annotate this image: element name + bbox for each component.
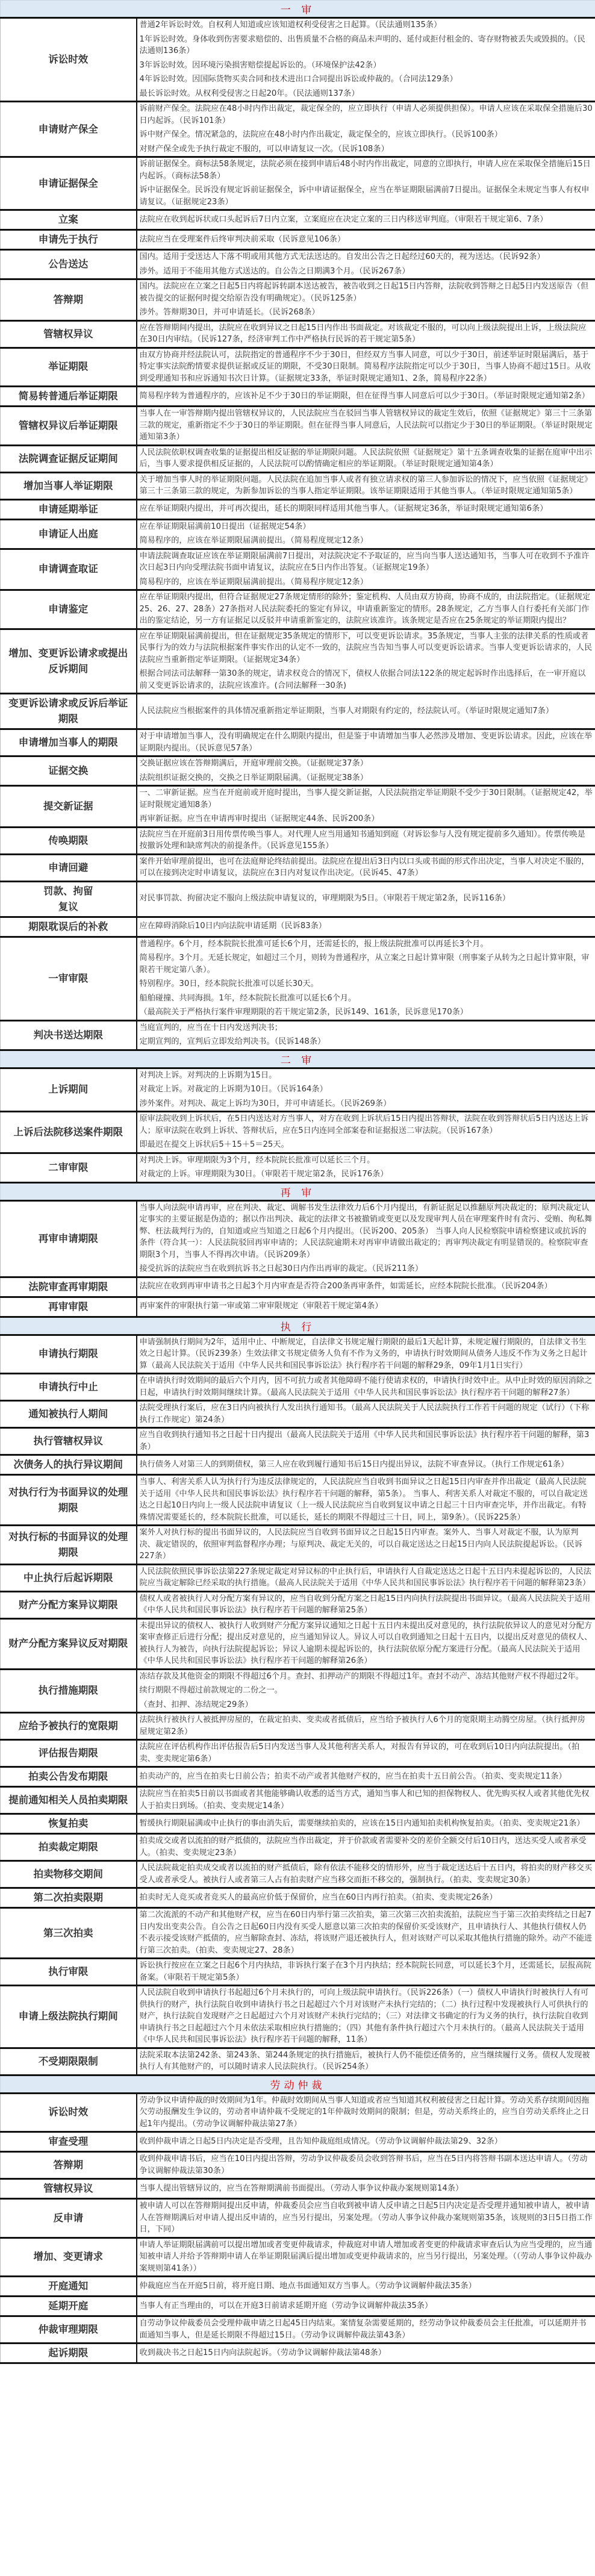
table-row: 提前通知相关人员拍卖期限法院应当在拍卖5日前以书面或者其他能够确认收悉的适当方式… <box>1 1787 595 1814</box>
rule-line: 法院采取本法第242条、第243条、第244条规定的执行措施后，被执行人仍不能偿… <box>140 2049 593 2074</box>
table-row: 申请执行中止在申请执行时效期间的最后六个月内，因不可抗力或者其他障碍不能行使请求… <box>1 1374 595 1401</box>
row-description: 原审法院收到上诉状后，在5日内送达对方当事人，对方在收到上诉状后15日内提出答辩… <box>137 1112 595 1153</box>
row-label: 申请证据保全 <box>1 157 137 210</box>
table-row: 简易转普通后举证期限简易程序转为普通程序的，应该补足不少于30日的举证期限，但在… <box>1 387 595 407</box>
rule-line: 应在举证期限内提出，并可再次提出，延长的期限同样适用其他当事人。（证据规定36条… <box>140 502 593 516</box>
table-row: 恢复拍卖暂缓执行期限届满或中止执行的事由消失后，需要继续拍卖的，应该在15日内通… <box>1 1814 595 1834</box>
row-label: 申请回避 <box>1 854 137 881</box>
rule-line: 应在举证期限届满前提出，但在证据规定35条规定的情形下，可以变更诉讼请求。35条… <box>140 630 593 667</box>
table-row: 法院调查证据反证期间人民法院依职权调查收集的证据提出相反证据的举证期限问题。人民… <box>1 445 595 472</box>
row-description: 对民事罚款、拘留决定不服向上级法院申请复议的，审理期限为5日。（审限若干规定第2… <box>137 881 595 917</box>
row-label: 增加当事人举证期限 <box>1 472 137 499</box>
rule-line: 应在障碍消除后10日内向法院申请延期（民诉83条） <box>140 920 593 934</box>
row-label: 申请执行中止 <box>1 1374 137 1401</box>
rule-line: 人民法院裁定拍卖成交或者以流拍的财产抵债后，除有依法不能移交的情形外，应当于裁定… <box>140 1862 593 1887</box>
table-row: 申请鉴定应在举证期限内提出，但符合证据规定27条规定情形的除外；鉴定机构、人员由… <box>1 590 595 629</box>
rule-line: 船舶碰撞、共同海损。1年，经本院院长批准可以延长6个月。 <box>140 992 593 1006</box>
row-label: 起诉期限 <box>1 2344 137 2363</box>
row-description: 国内。法院应在立案之日起5日内将起诉转副本送达被告，被告收到之日起15日内答辩，… <box>137 279 595 321</box>
rule-line: 普通2年诉讼时效。自权利人知道或应该知道权利受侵害之日起算。（民法通则135条） <box>140 19 593 33</box>
row-label: 管辖权异议后举证期限 <box>1 407 137 446</box>
row-description: 由双方协商并经法院认可，法院指定的普通程序不少于30日，但经双方当事人同意，可以… <box>137 348 595 387</box>
rule-line: 在申请执行时效期间的最后六个月内，因不可抗力或者其他障碍不能行使请求权的，申请执… <box>140 1374 593 1400</box>
row-description: 对判决上诉。对判决的上诉期为15日。对裁定上诉。对裁定的上诉期为10日。（民诉1… <box>137 1068 595 1112</box>
row-label: 二审审限 <box>1 1153 137 1182</box>
row-label: 通知被执行人期间 <box>1 1401 137 1428</box>
table-row: 举证期限由双方协商并经法院认可，法院指定的普通程序不少于30日，但经双方当事人同… <box>1 348 595 387</box>
rule-line: 案件开始审理前提出，也可在法庭辩论终结前提出。法院应在提出后3日内以口头或书面的… <box>140 855 593 881</box>
table-row: 申请调查取证申请法院调查取证应该在举证期限届满前7日提出，对法院决定不予取证的，… <box>1 549 595 590</box>
rule-line: 申请人举证期限届满前可以提出增加或者变更仲裁请求，仲裁庭对申请人增加或者变更的仲… <box>140 2239 593 2276</box>
row-description: 案外人对执行标的提出书面异议的，人民法院应当自收到书面异议之日起15日内审查。案… <box>137 1526 595 1565</box>
row-label: 申请鉴定 <box>1 590 137 629</box>
row-description: 国内。适用于受送达人下落不明或用其他方式无法送达的。自发出公告之日起经过60天的… <box>137 250 595 279</box>
table-row: 公告送达国内。适用于受送达人下落不明或用其他方式无法送达的。自发出公告之日起经过… <box>1 250 595 279</box>
row-description: 在申请执行时效期间的最后六个月内，因不可抗力或者其他障碍不能行使请求权的，申请执… <box>137 1374 595 1401</box>
table-row: 第二次拍卖限期拍卖时无人竞买或者竞买人的最高应价低于保留价，应当在60日内再行拍… <box>1 1888 595 1908</box>
table-row: 次债务人的执行异议期间执行债务人对第三人的到期债权，第三人应在收到履行通知书后1… <box>1 1455 595 1475</box>
rule-line: 对裁定的上诉。审理期限为30日。（审限若干规定第2条，民诉176条） <box>140 1168 593 1182</box>
row-label: 证据交换 <box>1 756 137 786</box>
rule-line: 接受抗诉的法院应当在收到抗诉书之日起30日内作出再审的裁定。（民诉211条） <box>140 1262 593 1276</box>
row-description: 人民法院应当根据案件的具体情况重新指定举证期限，当事人对期限有约定的，经法院认可… <box>137 694 595 729</box>
row-description: 普通2年诉讼时效。自权利人知道或应该知道权利受侵害之日起算。（民法通则135条）… <box>137 18 595 102</box>
row-label: 答辩期 <box>1 279 137 321</box>
rule-line: 再审案件的审限执行第一审或第二审审限规定（审限若干规定第4条） <box>140 1300 593 1314</box>
rule-line: 法院应在收到起诉状或口头起诉后7日内立案，立案庭应在决定立案的三日内移送审判庭。… <box>140 213 593 227</box>
table-row: 增加、变更请求申请人举证期限届满前可以提出增加或者变更仲裁请求，仲裁庭对申请人增… <box>1 2238 595 2277</box>
rule-line: 法院应当在开庭前3日用传票传唤当事人。对代理人应当用通知书通知到庭（对诉讼参与人… <box>140 828 593 853</box>
row-description: 执行债务人对第三人的到期债权，第三人应在收到履行通知书后15日内提出异议，法院不… <box>137 1455 595 1475</box>
table-row: 拍卖物移交期间人民法院裁定拍卖成交或者以流拍的财产抵债后，除有依法不能移交的情形… <box>1 1861 595 1888</box>
table-row: 第三次拍卖第二次流派的不动产和其他财产权，应当在60日内举行第三次拍卖，第三次第… <box>1 1908 595 1959</box>
table-row: 一审审限普通程序。6个月，经本院院长批准可延长6个月，还需延长的，报上级法院批准… <box>1 937 595 1020</box>
rule-line: 拍卖时无人竞买或者竞买人的最高应价低于保留价，应当在60日内再行拍卖。（拍卖、变… <box>140 1891 593 1905</box>
rule-line: （最高院关于严格执行案件审理期限的若干规定第2条，民诉149、161条，民诉意见… <box>140 1006 593 1020</box>
table-row: 评估报告期限法院应在评估机构作出评估报告后5日内发送当事人及其他利害关系人，对报… <box>1 1740 595 1767</box>
section-title: 一 审 <box>1 1 595 18</box>
rule-line: 涉外案件。对判决、裁定上诉均为30日，并可申请延长。（民诉269条） <box>140 1097 593 1111</box>
row-label: 申请执行期限 <box>1 1335 137 1374</box>
rule-line: 第二次流派的不动产和其他财产权，应当在60日内举行第三次拍卖，第三次第三次拍卖流… <box>140 1909 593 1957</box>
rule-line: 收到仲裁申请之日起5日内决定是否受理，且告知仲裁庭组成情况。（劳动争议调解仲裁法… <box>140 2135 593 2149</box>
table-row: 起诉期限收到裁决书之日起15日内向法院起诉。（劳动争议调解仲裁法第48条） <box>1 2344 595 2363</box>
row-label: 财产分配方案异议反对期限 <box>1 1618 137 1669</box>
row-description: 未提出异议的债权人、被执行人收到财产分配方案异议通知之日起十五日内未提出反对意见… <box>137 1618 595 1669</box>
section-header: 二 审 <box>1 1050 595 1068</box>
row-label: 审查受理 <box>1 2132 137 2152</box>
rule-line: 人民法院依职权调查收集的证据提出相反证据的举证期限问题。人民法院依照《证据规定》… <box>140 446 593 472</box>
table-row: 反申请被申请人可以在答辩期间提出反申请，仲裁委员会应当自收到被申请人反申请之日起… <box>1 2199 595 2238</box>
row-label: 拍卖裁定期限 <box>1 1834 137 1861</box>
row-label: 罚款、拘留 复议 <box>1 881 137 917</box>
row-label: 恢复拍卖 <box>1 1814 137 1834</box>
row-label: 执行管辖权异议 <box>1 1428 137 1455</box>
row-label: 上诉期间 <box>1 1068 137 1112</box>
row-description: 仲裁庭应当在开庭5日前，将开庭日期、地点书面通知双方当事人。（劳动争议调解仲裁法… <box>137 2277 595 2297</box>
rule-line: 再审新证据。应当在申请再审时提出（证据规定44条、民诉200条） <box>140 812 593 826</box>
rule-line: 简易程序。3个月。无延长规定，如超过三个月，则转为普通程序，从立案之日起计算审限… <box>140 952 593 977</box>
rule-line: 由双方协商并经法院认可，法院指定的普通程序不少于30日，但经双方当事人同意，可以… <box>140 349 593 386</box>
rule-line: 人民法院依照民事诉讼法第227条规定裁定对异议标的中止执行后，申请执行人自裁定送… <box>140 1565 593 1591</box>
rule-line: 暂缓执行期限届满或中止执行的事由消失后，需要继续拍卖的，应该在15日内通知拍卖机… <box>140 1817 593 1831</box>
rule-line: 对裁定上诉。对裁定的上诉期为10日。（民诉164条） <box>140 1083 593 1097</box>
rule-line: 1年诉讼时效。身体收到伤害要求赔偿的、出售质量不合格的商品未声明的、延付或拒付租… <box>140 33 593 58</box>
row-description: 法院受理执行案后，应在3日内向被执行人发出执行通知书。（最高人民法院关于人民法院… <box>137 1401 595 1428</box>
rule-line: 对判决上诉。对判决的上诉期为15日。 <box>140 1069 593 1083</box>
rule-line: 劳动争议申请仲裁的时效期间为1年。仲裁时效期间从当事人知道或者应当知道其权利被侵… <box>140 2094 593 2132</box>
rule-line: 冻结存款及其他资金的期限不得超过6个月。查封、扣押动产的期限不得超过1年。查封不… <box>140 1670 593 1684</box>
row-label: 拍卖公告发布期限 <box>1 1767 137 1787</box>
section-header: 劳动仲裁 <box>1 2075 595 2093</box>
section-header: 一 审 <box>1 1 595 18</box>
table-row: 二审审限对判决上诉。审理期限为3个月，经本院院长批准可以延长三个月。对裁定的上诉… <box>1 1153 595 1182</box>
rule-line: 当事人、利害关系人认为执行行为违反法律规定的，人民法院应当自收到书面异议之日起1… <box>140 1476 593 1524</box>
rule-line: 简易程序的，应该在举证期限届满前提出。（简易程度规定12条） <box>140 534 593 548</box>
table-row: 申请财产保全诉前财产保全。法院应在48小时内作出裁定，裁定保全的，应立即执行（申… <box>1 102 595 157</box>
table-row: 申请证据保全诉前证据保全。商标法58条规定，法院必须在接到申请后48小时内作出裁… <box>1 157 595 210</box>
row-label: 举证期限 <box>1 348 137 387</box>
table-row: 对执行行为书面异议的处理期限当事人、利害关系人认为执行行为违反法律规定的，人民法… <box>1 1475 595 1526</box>
rule-line: 4年诉讼时效。因国际货物买卖合同和技术进出口合同提出诉讼或仲裁的。（合同法129… <box>140 73 593 87</box>
row-label: 开庭通知 <box>1 2277 137 2297</box>
rule-line: 诉中财产保全。情况紧急的，法院应在48小时内作出裁定，裁定保全的，应该立即执行。… <box>140 128 593 142</box>
rule-line: 应在答辩期间内提出，法院应在收到异议之日起15日内作出书面裁定。对该裁定不服的，… <box>140 322 593 347</box>
rule-line: 诉前证据保全。商标法58条规定，法院必须在接到申请后48小时内作出裁定，同意的立… <box>140 158 593 183</box>
row-description: 诉前证据保全。商标法58条规定，法院必须在接到申请后48小时内作出裁定，同意的立… <box>137 157 595 210</box>
rule-line: 一、二审新证据。应当在开庭前或开庭时提出，当事人提交新证据，人民法院指定举证期限… <box>140 787 593 812</box>
table-row: 诉讼时效普通2年诉讼时效。自权利人知道或应该知道权利受侵害之日起算。（民法通则1… <box>1 18 595 102</box>
row-description: 应当自收到执行通知书之日起十日内提出（最高人民法院关于适用《中华人民共和国民事诉… <box>137 1428 595 1455</box>
rule-line: 涉外。适用于不能用其他方式送达的。自公告之日期满3个月。（民诉267条） <box>140 265 593 279</box>
row-description: 申请人举证期限届满前可以提出增加或者变更仲裁请求，仲裁庭对申请人增加或者变更的仲… <box>137 2238 595 2277</box>
row-description: 劳动争议申请仲裁的时效期间为1年。仲裁时效期间从当事人知道或者应当知道其权利被侵… <box>137 2093 595 2132</box>
rule-line: 续行期限不得超过前款规定的二份之一。 <box>140 1684 593 1698</box>
table-row: 提交新证据一、二审新证据。应当在开庭前或开庭时提出，当事人提交新证据，人民法院指… <box>1 786 595 828</box>
rule-line: 3年诉讼时效。因环境污染损害赔偿提起诉讼的。（环境保护法42条） <box>140 59 593 73</box>
rule-line: 申请强制执行期间为2年，适用中止、中断规定，自法律文书规定履行期限的最后1天起计… <box>140 1336 593 1373</box>
rule-line: 即最迟在提交上诉状后5＋15＋5＝25天。 <box>140 1138 593 1152</box>
row-description: 普通程序。6个月，经本院院长批准可延长6个月，还需延长的，报上级法院批准可以再延… <box>137 937 595 1020</box>
table-body: 一 审诉讼时效普通2年诉讼时效。自权利人知道或应该知道权利受侵害之日起算。（民法… <box>1 1 595 2363</box>
rule-line: 普通程序。6个月，经本院院长批准可延长6个月，还需延长的，报上级法院批准可以再延… <box>140 938 593 952</box>
row-description: 应在障碍消除后10日内向法院申请延期（民诉83条） <box>137 917 595 937</box>
rule-line: 案外人对执行标的提出书面异议的，人民法院应当自收到书面异议之日起15日内审查。案… <box>140 1526 593 1564</box>
row-label: 应给予被执行的宽限期 <box>1 1713 137 1740</box>
rule-line: 诉讼执行按应在立案之日起6个月内执结，非诉执行案子在3个月内执结；经本院院长同意… <box>140 1959 593 1985</box>
table-row: 法院审查再审期限法院应在收到再审申请书之日起3个月内审查是否符合200条再审条件… <box>1 1277 595 1297</box>
row-label: 简易转普通后举证期限 <box>1 387 137 407</box>
rule-line: 拍卖动产的，应当在拍卖七日前公告；拍卖不动产或者其他财产权的，应当在拍卖十五日前… <box>140 1770 593 1784</box>
row-label: 申请上级法院执行期间 <box>1 1986 137 2048</box>
table-row: 管辖权异议当事人提出管辖异议的，应当在答辩期满前书面提出。（劳动人事争议仲裁办案… <box>1 2179 595 2199</box>
row-label: 中止执行后起诉期限 <box>1 1564 137 1591</box>
row-description: 自劳动争议仲裁委员会受理仲裁申请之日起45日内结束。案情复杂需要延期的，经劳动争… <box>137 2316 595 2344</box>
row-description: 诉前财产保全。法院应在48小时内作出裁定，裁定保全的，应立即执行（申请人必须提供… <box>137 102 595 157</box>
row-label: 判决书送达期限 <box>1 1020 137 1050</box>
rule-line: 仲裁庭应当在开庭5日前，将开庭日期、地点书面通知双方当事人。（劳动争议调解仲裁法… <box>140 2280 593 2294</box>
rule-line: 应当自收到执行通知书之日起十日内提出（最高人民法院关于适用《中华人民共和国民事诉… <box>140 1429 593 1454</box>
rule-line: 申请法院调查取证应该在举证期限届满前7日提出，对法院决定不予取证的，应当向当事人… <box>140 550 593 575</box>
table-row: 执行措施期限冻结存款及其他资金的期限不得超过6个月。查封、扣押动产的期限不得超过… <box>1 1669 595 1713</box>
rule-line: 执行债务人对第三人的到期债权，第三人应在收到履行通知书后15日内提出异议，法院不… <box>140 1458 593 1472</box>
table-row: 上诉后法院移送案件期限原审法院收到上诉状后，在5日内送达对方当事人，对方在收到上… <box>1 1112 595 1153</box>
table-row: 拍卖裁定期限拍卖成交或者以流拍的财产抵债的，法院应当作出裁定，并于价款或者需要补… <box>1 1834 595 1861</box>
table-row: 判决书送达期限当庭宣判的，应当在十日内发送判决书；定期宣判的，宣判后立即发给判决… <box>1 1020 595 1050</box>
row-description: 法院执行被执行人被抵押房屋的，在裁定拍卖、变卖或者抵债后，应当给予被执行人6个月… <box>137 1713 595 1740</box>
row-label: 不受期限限制 <box>1 2048 137 2075</box>
row-label: 反申请 <box>1 2199 137 2238</box>
row-description: 当事人、利害关系人认为执行行为违反法律规定的，人民法院应当自收到书面异议之日起1… <box>137 1475 595 1526</box>
table-row: 申请先于执行法院应当在受理案件后终审判决前采取（民诉意见106条） <box>1 230 595 250</box>
rule-line: 简易程序转为普通程序的，应该补足不少于30日的举证期限，但在征得当事人同意后可以… <box>140 390 593 404</box>
section-header: 再 审 <box>1 1182 595 1200</box>
row-label: 延期开庭 <box>1 2297 137 2316</box>
table-row: 诉讼时效劳动争议申请仲裁的时效期间为1年。仲裁时效期间从当事人知道或者应当知道其… <box>1 2093 595 2132</box>
table-row: 再审申请期限当事人向法院申请再审，应在判决、裁定、调解书发生法律效力后6个月内提… <box>1 1200 595 1277</box>
table-row: 期限耽误后的补救应在障碍消除后10日内向法院申请延期（民诉83条） <box>1 917 595 937</box>
row-description: 人民法院自收到申请执行书起超过6个月未执行的，可向上级法院申请执行。（民诉226… <box>137 1986 595 2048</box>
rule-line: 对财产保全或先予执行裁定不服的，可以申请复议一次。（民诉108条） <box>140 143 593 157</box>
table-row: 变更诉讼请求或反诉后举证期限人民法院应当根据案件的具体情况重新指定举证期限，当事… <box>1 694 595 729</box>
table-row: 仲裁审理期限自劳动争议仲裁委员会受理仲裁申请之日起45日内结束。案情复杂需要延期… <box>1 2316 595 2344</box>
table-row: 管辖权异议应在答辩期间内提出，法院应在收到异议之日起15日内作出书面裁定。对该裁… <box>1 320 595 348</box>
rule-line: 简易程序的，应该在举证期限届满前提出。（简易程序规定12条） <box>140 576 593 590</box>
table-row: 延期开庭当事人有正当理由的，可以在开庭3日前请求延期开庭（劳动争议调解仲裁法35… <box>1 2297 595 2316</box>
row-label: 拍卖物移交期间 <box>1 1861 137 1888</box>
row-description: 拍卖动产的，应当在拍卖七日前公告；拍卖不动产或者其他财产权的，应当在拍卖十五日前… <box>137 1767 595 1787</box>
row-label: 提交新证据 <box>1 786 137 828</box>
row-label: 增加、变更请求 <box>1 2238 137 2277</box>
section-title: 执 行 <box>1 1317 595 1335</box>
row-label: 法院调查证据反证期间 <box>1 445 137 472</box>
table-row: 不受期限限制法院采取本法第242条、第243条、第244条规定的执行措施后，被执… <box>1 2048 595 2075</box>
row-description: 申请强制执行期间为2年，适用中止、中断规定，自法律文书规定履行期限的最后1天起计… <box>137 1335 595 1374</box>
rule-line: 法院应当在受理案件后终审判决前采取（民诉意见106条） <box>140 233 593 247</box>
rule-line: 国内。适用于受送达人下落不明或用其他方式无法送达的。自发出公告之日起经过60天的… <box>140 251 593 264</box>
rule-line: 应在举证期限内提出，但符合证据规定27条规定情形的除外；鉴定机构、人员由双方协商… <box>140 591 593 628</box>
rule-line: 当事人在一审答辩期内提出管辖权异议的，人民法院应当在驳回当事人管辖权异议的裁定生… <box>140 407 593 444</box>
row-label: 传唤期限 <box>1 827 137 854</box>
rule-line: 法院组织证据交换的，交换之日举证期限届满。（证据规定38条） <box>140 772 593 785</box>
row-label: 对执行标的书面异议的处理期限 <box>1 1526 137 1565</box>
rule-line: 收到裁决书之日起15日内向法院起诉。（劳动争议调解仲裁法第48条） <box>140 2347 593 2360</box>
row-description: 收到仲裁申请书后，应当在10日内提出答辩，劳动争议仲裁委员会收到答辩书后，应当在… <box>137 2152 595 2179</box>
table-row: 申请延期举证应在举证期限内提出，并可再次提出，延长的期限同样适用其他当事人。（证… <box>1 499 595 519</box>
row-label: 评估报告期限 <box>1 1740 137 1767</box>
rule-line: 当事人提出管辖异议的，应当在答辩期满前书面提出。（劳动人事争议仲裁办案规则第14… <box>140 2182 593 2196</box>
row-description: 债权人或者被执行人对分配方案有异议的，应当自收到分配方案之日起15日内向执行法院… <box>137 1591 595 1618</box>
row-label: 提前通知相关人员拍卖期限 <box>1 1787 137 1814</box>
rule-line: 法院执行被执行人被抵押房屋的，在裁定拍卖、变卖或者抵债后，应当给予被执行人6个月… <box>140 1714 593 1739</box>
row-label: 再审审限 <box>1 1297 137 1317</box>
row-label: 答辩期 <box>1 2152 137 2179</box>
table-row: 增加、变更诉讼请求或提出反诉期间应在举证期限届满前提出，但在证据规定35条规定的… <box>1 629 595 694</box>
rule-line: 人民法院自收到申请执行书起超过6个月未执行的，可向上级法院申请执行。（民诉226… <box>140 1986 593 2047</box>
row-label: 上诉后法院移送案件期限 <box>1 1112 137 1153</box>
table-row: 增加当事人举证期限关于增加当事人时的举证期限问题。人民法院在追加当事人或者有独立… <box>1 472 595 499</box>
rule-line: 拍卖成交或者以流拍的财产抵债的，法院应当作出裁定，并于价款或者需要补交的差价全额… <box>140 1835 593 1860</box>
table-row: 审查受理收到仲裁申请之日起5日内决定是否受理，且告知仲裁庭组成情况。（劳动争议调… <box>1 2132 595 2152</box>
rule-line: 关于增加当事人时的举证期限问题。人民法院在追加当事人或者有独立请求权的第三人参加… <box>140 473 593 499</box>
row-label: 诉讼时效 <box>1 18 137 102</box>
row-description: 拍卖时无人竞买或者竞买人的最高应价低于保留价，应当在60日内再行拍卖。（拍卖、变… <box>137 1888 595 1908</box>
row-description: 交换证据应该在答辩期满后，开庭审理前交换。（证据规定37条）法院组织证据交换的，… <box>137 756 595 786</box>
rule-line: 债权人或者被执行人对分配方案有异议的，应当自收到分配方案之日起15日内向执行法院… <box>140 1592 593 1618</box>
row-description: 对于申请增加当事人，没有明确规定在什么期限内提出，但是鉴于申请增加当事人必然涉及… <box>137 729 595 756</box>
rule-line: 特别程序。30日，经本院院长批准可以延长30天。 <box>140 978 593 991</box>
row-description: 法院应在收到起诉状或口头起诉后7日内立案，立案庭应在决定立案的三日内移送审判庭。… <box>137 210 595 230</box>
row-label: 申请先于执行 <box>1 230 137 250</box>
row-label: 立案 <box>1 210 137 230</box>
row-description: 应在答辩期间内提出，法院应在收到异议之日起15日内作出书面裁定。对该裁定不服的，… <box>137 320 595 348</box>
table-row: 再审审限再审案件的审限执行第一审或第二审审限规定（审限若干规定第4条） <box>1 1297 595 1317</box>
table-row: 申请增加当事人的期限对于申请增加当事人，没有明确规定在什么期限内提出，但是鉴于申… <box>1 729 595 756</box>
row-description: 诉讼执行按应在立案之日起6个月内执结，非诉执行案子在3个月内执结；经本院院长同意… <box>137 1959 595 1986</box>
rule-line: 定期宣判的，宣判后立即发给判决书。（民诉148条） <box>140 1035 593 1049</box>
row-label: 申请调查取证 <box>1 549 137 590</box>
rule-line: 收到仲裁申请书后，应当在10日内提出答辩，劳动争议仲裁委员会收到答辩书后，应当在… <box>140 2153 593 2178</box>
table-row: 证据交换交换证据应该在答辩期满后，开庭审理前交换。（证据规定37条）法院组织证据… <box>1 756 595 786</box>
row-description: 法院应当在开庭前3日用传票传唤当事人。对代理人应当用通知书通知到庭（对诉讼参与人… <box>137 827 595 854</box>
row-description: 法院采取本法第242条、第243条、第244条规定的执行措施后，被执行人仍不能偿… <box>137 2048 595 2075</box>
row-description: 应在举证期限内提出，并可再次提出，延长的期限同样适用其他当事人。（证据规定36条… <box>137 499 595 519</box>
rule-line: 人民法院应当根据案件的具体情况重新指定举证期限，当事人对期限有约定的，经法院认可… <box>140 705 593 719</box>
rule-line: 被申请人可以在答辩期间提出反申请，仲裁委员会应当自收到被申请人反申请之日起5日内… <box>140 2200 593 2237</box>
row-label: 执行措施期限 <box>1 1669 137 1713</box>
row-label: 仲裁审理期限 <box>1 2316 137 2344</box>
rule-line: 原审法院收到上诉状后，在5日内送达对方当事人，对方在收到上诉状后15日内提出答辩… <box>140 1112 593 1138</box>
section-title: 再 审 <box>1 1182 595 1200</box>
row-description: 收到仲裁申请之日起5日内决定是否受理，且告知仲裁庭组成情况。（劳动争议调解仲裁法… <box>137 2132 595 2152</box>
section-title: 劳动仲裁 <box>1 2075 595 2093</box>
row-label: 执行审限 <box>1 1959 137 1986</box>
row-label: 管辖权异议 <box>1 2179 137 2199</box>
table-row: 答辩期收到仲裁申请书后，应当在10日内提出答辩，劳动争议仲裁委员会收到答辩书后，… <box>1 2152 595 2179</box>
table-row: 应给予被执行的宽限期法院执行被执行人被抵押房屋的，在裁定拍卖、变卖或者抵债后，应… <box>1 1713 595 1740</box>
rule-line: 国内。法院应在立案之日起5日内将起诉转副本送达被告，被告收到之日起15日内答辩，… <box>140 280 593 305</box>
rule-line: 自劳动争议仲裁委员会受理仲裁申请之日起45日内结束。案情复杂需要延期的，经劳动争… <box>140 2317 593 2342</box>
row-label: 次债务人的执行异议期间 <box>1 1455 137 1475</box>
row-description: 再审案件的审限执行第一审或第二审审限规定（审限若干规定第4条） <box>137 1297 595 1317</box>
row-label: 法院审查再审期限 <box>1 1277 137 1297</box>
row-label: 诉讼时效 <box>1 2093 137 2132</box>
table-row: 罚款、拘留 复议对民事罚款、拘留决定不服向上级法院申请复议的，审理期限为5日。（… <box>1 881 595 917</box>
rule-line: 当事人有正当理由的，可以在开庭3日前请求延期开庭（劳动争议调解仲裁法35条） <box>140 2300 593 2313</box>
table-row: 申请回避案件开始审理前提出，也可在法庭辩论终结前提出。法院应在提出后3日内以口头… <box>1 854 595 881</box>
row-description: 当事人提出管辖异议的，应当在答辩期满前书面提出。（劳动人事争议仲裁办案规则第14… <box>137 2179 595 2199</box>
row-description: 人民法院依职权调查收集的证据提出相反证据的举证期限问题。人民法院依照《证据规定》… <box>137 445 595 472</box>
rule-line: 诉前财产保全。法院应在48小时内作出裁定，裁定保全的，应立即执行（申请人必须提供… <box>140 102 593 128</box>
row-label: 一审审限 <box>1 937 137 1020</box>
row-description: 冻结存款及其他资金的期限不得超过6个月。查封、扣押动产的期限不得超过1年。查封不… <box>137 1669 595 1713</box>
table-row: 立案法院应在收到起诉状或口头起诉后7日内立案，立案庭应在决定立案的三日内移送审判… <box>1 210 595 230</box>
rule-line: 未提出异议的债权人、被执行人收到财产分配方案异议通知之日起十五日内未提出反对意见… <box>140 1620 593 1668</box>
rule-line: 当事人向法院申请再审，应在判决、裁定、调解书发生法律效力后6个月内提出，有新证据… <box>140 1202 593 1262</box>
row-description: 法院应在收到再审申请书之日起3个月内审查是否符合200条再审条件，如需延长，应经… <box>137 1277 595 1297</box>
row-label: 管辖权异议 <box>1 320 137 348</box>
row-description: 人民法院依照民事诉讼法第227条规定裁定对异议标的中止执行后，申请执行人自裁定送… <box>137 1564 595 1591</box>
row-label: 期限耽误后的补救 <box>1 917 137 937</box>
row-description: 应在举证期限内提出，但符合证据规定27条规定情形的除外；鉴定机构、人员由双方协商… <box>137 590 595 629</box>
rule-line: （查封、扣押、冻结规定29条） <box>140 1698 593 1712</box>
rule-line: 对于申请增加当事人，没有明确规定在什么期限内提出，但是鉴于申请增加当事人必然涉及… <box>140 730 593 755</box>
row-label: 申请延期举证 <box>1 499 137 519</box>
table-row: 对执行标的书面异议的处理期限案外人对执行标的提出书面异议的，人民法院应当自收到书… <box>1 1526 595 1565</box>
row-label: 申请增加当事人的期限 <box>1 729 137 756</box>
table-row: 申请证人出庭应在举证期限届满前10日提出（证据规定54条）简易程序的，应该在举证… <box>1 519 595 549</box>
rule-line: 法院应当在拍卖5日前以书面或者其他能够确认收悉的适当方式，通知当事人和已知的担保… <box>140 1788 593 1813</box>
table-row: 管辖权异议后举证期限当事人在一审答辩期内提出管辖权异议的，人民法院应当在驳回当事… <box>1 407 595 446</box>
rule-line: 法院应在收到再审申请书之日起3个月内审查是否符合200条再审条件，如需延长，应经… <box>140 1280 593 1294</box>
rule-line: 应在举证期限届满前10日提出（证据规定54条） <box>140 520 593 534</box>
row-description: 收到裁决书之日起15日内向法院起诉。（劳动争议调解仲裁法第48条） <box>137 2344 595 2363</box>
rule-line: 最长诉讼时效。从权利受侵害之日起20年。（民法通则137条） <box>140 87 593 101</box>
row-description: 当事人有正当理由的，可以在开庭3日前请求延期开庭（劳动争议调解仲裁法35条） <box>137 2297 595 2316</box>
row-description: 法院应在评估机构作出评估报告后5日内发送当事人及其他利害关系人，对报告有异议的，… <box>137 1740 595 1767</box>
row-label: 财产分配方案异议期限 <box>1 1591 137 1618</box>
row-description: 当事人向法院申请再审，应在判决、裁定、调解书发生法律效力后6个月内提出，有新证据… <box>137 1200 595 1277</box>
rule-line: 法院受理执行案后，应在3日内向被执行人发出执行通知书。（最高人民法院关于人民法院… <box>140 1402 593 1427</box>
rule-line: 对判决上诉。审理期限为3个月，经本院院长批准可以延长三个月。 <box>140 1154 593 1168</box>
row-description: 暂缓执行期限届满或中止执行的事由消失后，需要继续拍卖的，应该在15日内通知拍卖机… <box>137 1814 595 1834</box>
rule-line: 法院应在评估机构作出评估报告后5日内发送当事人及其他利害关系人，对报告有异议的，… <box>140 1741 593 1766</box>
row-description: 应在举证期限届满前10日提出（证据规定54条）简易程序的，应该在举证期限届满前提… <box>137 519 595 549</box>
table-row: 申请执行期限申请强制执行期间为2年，适用中止、中断规定，自法律文书规定履行期限的… <box>1 1335 595 1374</box>
row-label: 第三次拍卖 <box>1 1908 137 1959</box>
table-row: 财产分配方案异议期限债权人或者被执行人对分配方案有异议的，应当自收到分配方案之日… <box>1 1591 595 1618</box>
row-description: 拍卖成交或者以流拍的财产抵债的，法院应当作出裁定，并于价款或者需要补交的差价全额… <box>137 1834 595 1861</box>
row-label: 申请证人出庭 <box>1 519 137 549</box>
rule-line: 交换证据应该在答辩期满后，开庭审理前交换。（证据规定37条） <box>140 757 593 771</box>
table-row: 执行管辖权异议应当自收到执行通知书之日起十日内提出（最高人民法院关于适用《中华人… <box>1 1428 595 1455</box>
row-label: 公告送达 <box>1 250 137 279</box>
rule-line: 涉外。答辩期30日，并可申请延长。（民诉268条） <box>140 306 593 320</box>
table-row: 中止执行后起诉期限人民法院依照民事诉讼法第227条规定裁定对异议标的中止执行后，… <box>1 1564 595 1591</box>
row-description: 对判决上诉。审理期限为3个月，经本院院长批准可以延长三个月。对裁定的上诉。审理期… <box>137 1153 595 1182</box>
table-row: 拍卖公告发布期限拍卖动产的，应当在拍卖七日前公告；拍卖不动产或者其他财产权的，应… <box>1 1767 595 1787</box>
row-description: 法院应当在受理案件后终审判决前采取（民诉意见106条） <box>137 230 595 250</box>
table-row: 传唤期限法院应当在开庭前3日用传票传唤当事人。对代理人应当用通知书通知到庭（对诉… <box>1 827 595 854</box>
rule-line: 对民事罚款、拘留决定不服向上级法院申请复议的，审理期限为5日。（审限若干规定第2… <box>140 892 593 906</box>
row-description: 被申请人可以在答辩期间提出反申请，仲裁委员会应当自收到被申请人反申请之日起5日内… <box>137 2199 595 2238</box>
row-label: 再审申请期限 <box>1 1200 137 1277</box>
rule-line: 根据合同法司法解释一第30条的规定，请求权竞合的情况下，债权人依据合同法122条… <box>140 667 593 693</box>
table-row: 执行审限诉讼执行按应在立案之日起6个月内执结，非诉执行案子在3个月内执结；经本院… <box>1 1959 595 1986</box>
litigation-deadlines-table: 一 审诉讼时效普通2年诉讼时效。自权利人知道或应该知道权利受侵害之日起算。（民法… <box>0 0 595 2364</box>
section-header: 执 行 <box>1 1317 595 1335</box>
table-row: 答辩期国内。法院应在立案之日起5日内将起诉转副本送达被告，被告收到之日起15日内… <box>1 279 595 321</box>
row-label: 变更诉讼请求或反诉后举证期限 <box>1 694 137 729</box>
row-description: 简易程序转为普通程序的，应该补足不少于30日的举证期限，但在征得当事人同意后可以… <box>137 387 595 407</box>
row-label: 对执行行为书面异议的处理期限 <box>1 1475 137 1526</box>
row-label: 第二次拍卖限期 <box>1 1888 137 1908</box>
row-description: 当事人在一审答辩期内提出管辖权异议的，人民法院应当在驳回当事人管辖权异议的裁定生… <box>137 407 595 446</box>
table-row: 开庭通知仲裁庭应当在开庭5日前，将开庭日期、地点书面通知双方当事人。（劳动争议调… <box>1 2277 595 2297</box>
table-row: 通知被执行人期间法院受理执行案后，应在3日内向被执行人发出执行通知书。（最高人民… <box>1 1401 595 1428</box>
table-row: 上诉期间对判决上诉。对判决的上诉期为15日。对裁定上诉。对裁定的上诉期为10日。… <box>1 1068 595 1112</box>
row-description: 申请法院调查取证应该在举证期限届满前7日提出，对法院决定不予取证的，应当向当事人… <box>137 549 595 590</box>
row-label: 增加、变更诉讼请求或提出反诉期间 <box>1 629 137 694</box>
row-description: 关于增加当事人时的举证期限问题。人民法院在追加当事人或者有独立请求权的第三人参加… <box>137 472 595 499</box>
row-description: 案件开始审理前提出，也可在法庭辩论终结前提出。法院应在提出后3日内以口头或书面的… <box>137 854 595 881</box>
row-description: 当庭宣判的，应当在十日内发送判决书；定期宣判的，宣判后立即发给判决书。（民诉14… <box>137 1020 595 1050</box>
row-description: 第二次流派的不动产和其他财产权，应当在60日内举行第三次拍卖，第三次第三次拍卖流… <box>137 1908 595 1959</box>
rule-line: 诉中证据保全。民诉没有规定诉前证据保全，诉中申请证据保全，应当在举证期限届满前7… <box>140 184 593 209</box>
row-description: 人民法院裁定拍卖成交或者以流拍的财产抵债后，除有依法不能移交的情形外，应当于裁定… <box>137 1861 595 1888</box>
section-title: 二 审 <box>1 1050 595 1068</box>
row-description: 应在举证期限届满前提出，但在证据规定35条规定的情形下，可以变更诉讼请求。35条… <box>137 629 595 694</box>
